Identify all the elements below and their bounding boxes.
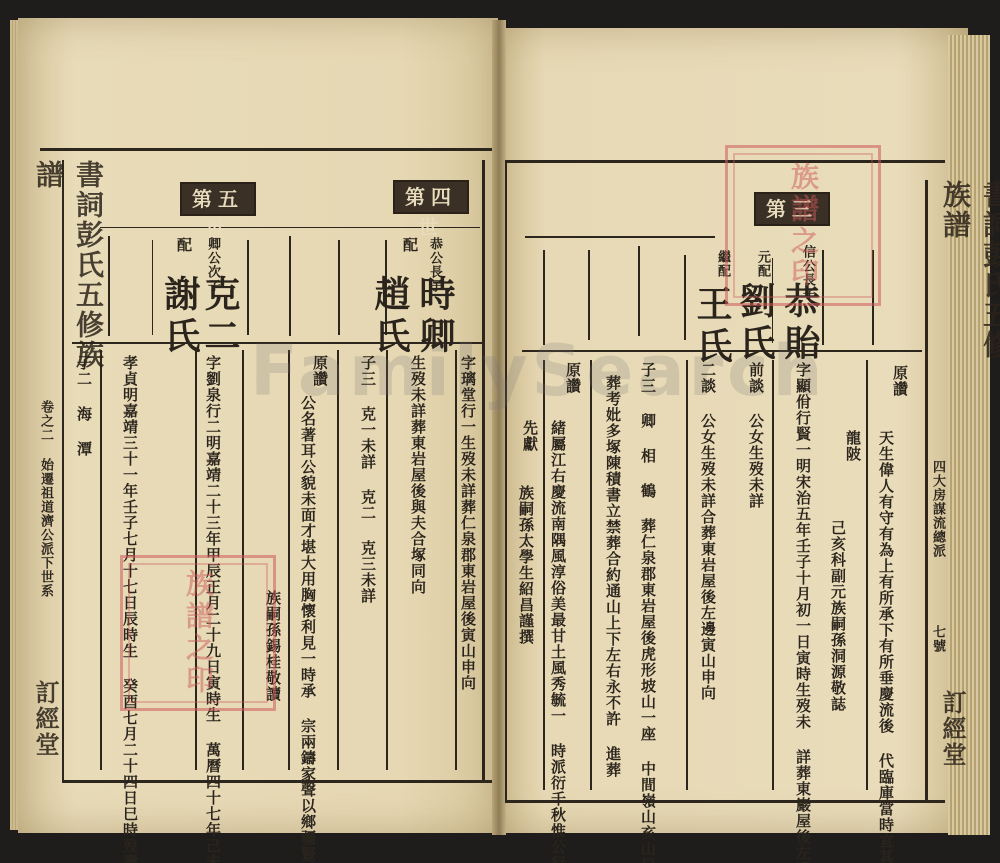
col-line [686, 360, 688, 790]
spine-title-left: 書詞彭氏五修族譜 [28, 160, 108, 380]
spine-hall-right: 訂經堂 [935, 690, 970, 768]
spouse-bio: 前談 公女生歿未詳 [748, 362, 764, 509]
col-line [337, 350, 339, 770]
spine-hall-left: 訂經堂 [28, 680, 63, 758]
col-line [338, 240, 340, 335]
spouse-label: 配 [402, 237, 418, 253]
right-gen-rule [525, 236, 715, 238]
person-bio: 字顯佾行賢一明宋治五年壬子十月初一日寅時生歿未 詳葬東巖屋後左邊寅山申向 [795, 362, 811, 782]
children: 子三 卿 相 鶴 葬仁泉郡東岩屋後虎形坡山一座 中間嶺山亥山巳向 卿鶴 公所遺 … [640, 362, 656, 782]
spine-page-right: 七號 [930, 625, 944, 653]
right-left-border [505, 160, 507, 800]
left-right-border [482, 160, 485, 780]
col-line [684, 255, 686, 340]
col-line [772, 360, 774, 790]
eulogy-text: 公名著耳公貌未面才堪大用胸懷利見一時承 宗兩鑄家聲以鄉疆豎千秋仰羨 [300, 395, 316, 765]
col-line [588, 250, 590, 340]
book-gutter [492, 20, 506, 835]
person-bio: 字璃堂行一生歿未詳葬仁泉郡東岩屋後寅山申向 [460, 355, 476, 765]
generation-label-4: 第四世 [393, 180, 469, 214]
spine-title-right: 書詞彭氏五修族譜 [935, 180, 1000, 380]
eulogy-label: 原讚 [312, 355, 328, 387]
col-line [289, 236, 291, 336]
generation-label-5: 第五世 [180, 182, 256, 216]
eulogy-label: 原讚 [565, 362, 581, 394]
person-name: 時卿 [415, 275, 455, 359]
spine-volume-left: 卷之二 始遷祖道濟公派下世系 [38, 400, 52, 598]
red-seal-stamp: 族譜之印 [120, 555, 276, 711]
spouse-name: 趙氏 [370, 275, 410, 359]
children: 子三 克一未詳 克二 克三未詳 [360, 355, 376, 765]
col-line [455, 350, 457, 770]
spine-note-right: 四大房謀流總派 [930, 460, 944, 558]
spouse-bio: 生歿未詳葬東岩屋後與夫合塚同向 [410, 355, 426, 765]
left-top-rule [40, 148, 492, 151]
eulogy-author: 族嗣孫太學生紹昌謹撰 [518, 485, 534, 645]
eulogy-text: 緒屬江右慶流南隅風淳俗美最甘土風秀毓一 時派衍千秋惟公行之永留勿替書後裔之克紹 [550, 420, 566, 780]
spouse-name: 謝氏 [160, 275, 200, 359]
right-right-border [925, 180, 928, 800]
eulogy-note: 先獻 [522, 420, 538, 452]
red-seal-stamp: 族譜之印 [725, 145, 881, 306]
eulogy-author: 己亥科副元族嗣孫洞源敬誌 [830, 520, 846, 780]
col-line [247, 240, 249, 335]
col-line [108, 236, 110, 336]
spouse-label: 配 [176, 237, 192, 253]
eulogy-subnote: 龍陂 [845, 430, 861, 462]
burial-note: 葬考妣多塚陳積書立禁葬合約通山上下左右永不許 進葬 [605, 375, 621, 775]
eulogy-label: 原讚 [892, 365, 908, 397]
col-line [386, 350, 388, 770]
children: 子二 海 潭 [76, 355, 92, 457]
col-line [100, 350, 102, 770]
col-line [866, 360, 868, 790]
col-line [590, 360, 592, 790]
col-line [543, 360, 545, 790]
col-line [152, 240, 153, 335]
col-line [288, 350, 290, 770]
col-line [638, 246, 640, 336]
eulogy-text: 天生偉人有守有為上有所承下有所垂慶流後 代臨庫當時宜其一三兩房共薦俎豆享祀匪忒 [878, 430, 894, 780]
person-name: 克二 [200, 275, 240, 359]
second-spouse-bio: 二談 公女生歿未詳合葬東岩屋後左邊寅山申向 [700, 362, 716, 782]
